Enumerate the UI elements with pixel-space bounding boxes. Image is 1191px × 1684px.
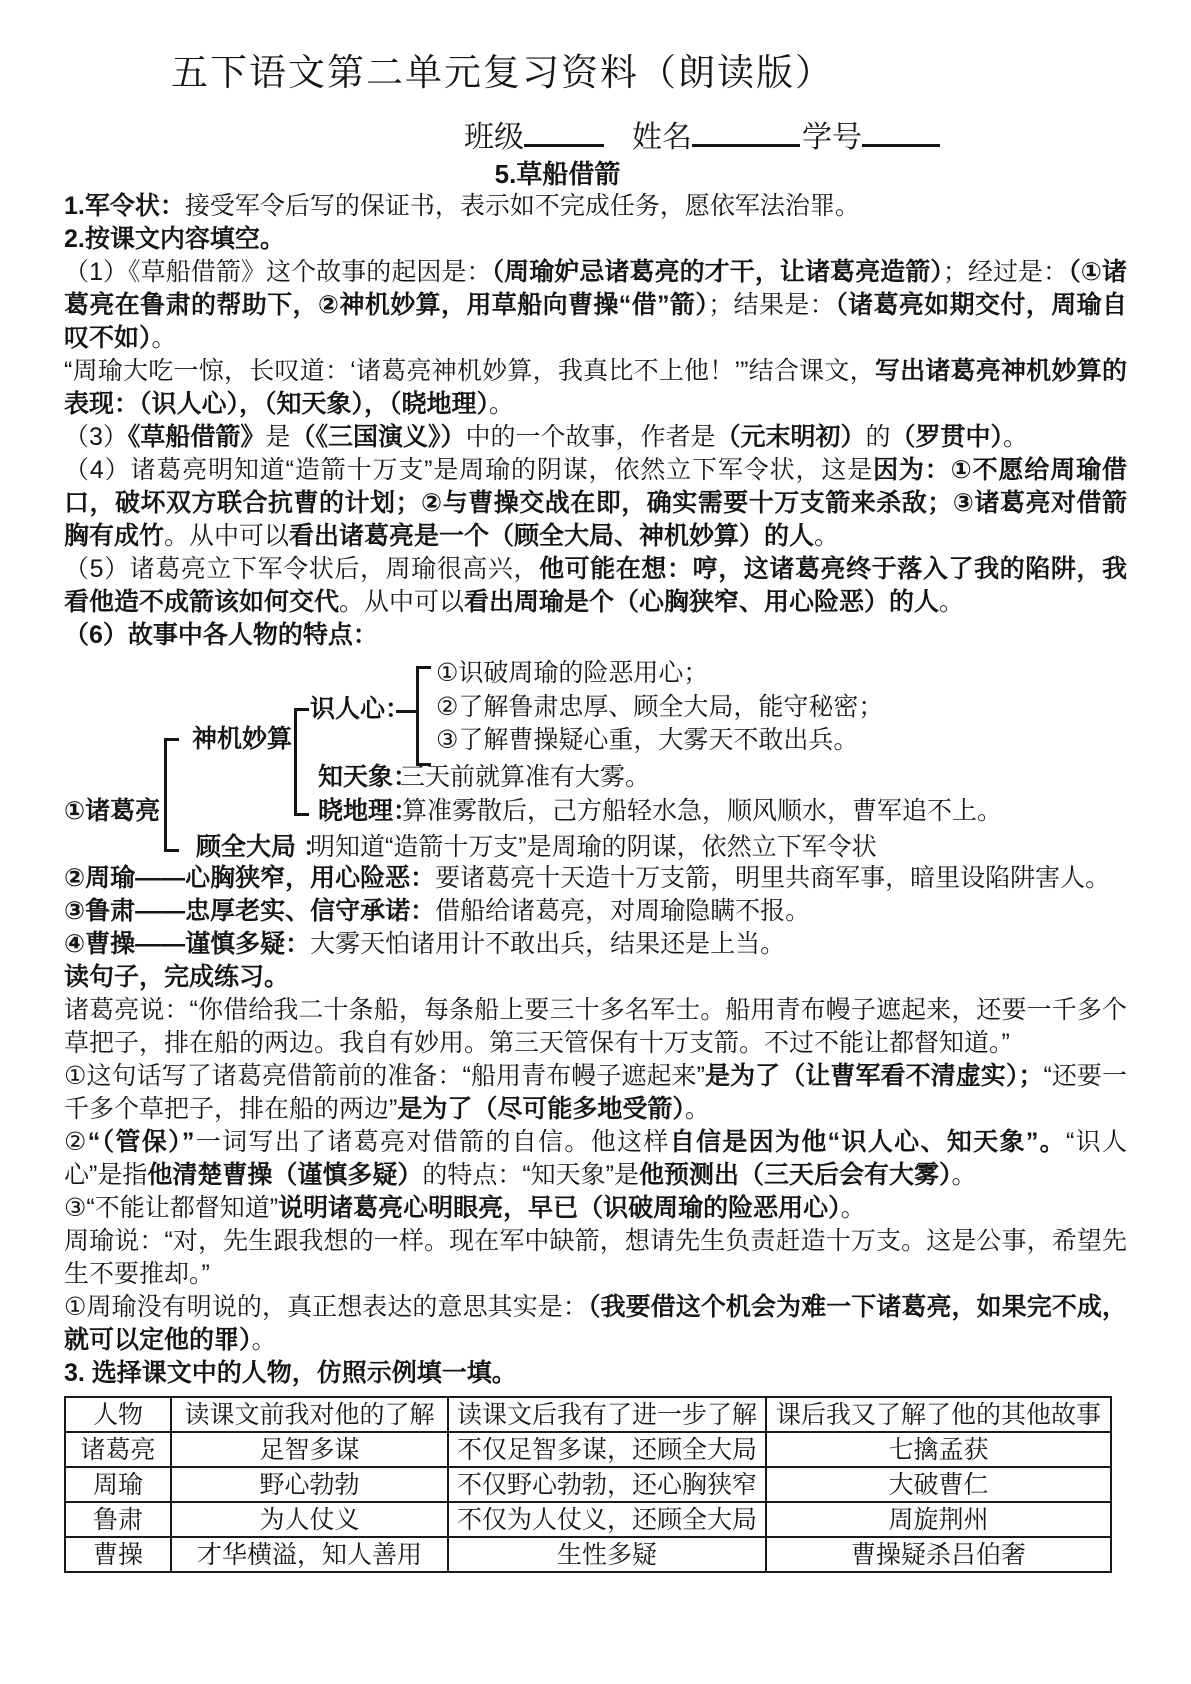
worksheet-page: 五下语文第二单元复习资料（朗读版） 班级姓名学号 5.草船借箭 1.军令状：接受… (0, 0, 1191, 1573)
table-cell: 诸葛亮 (65, 1432, 171, 1467)
character-traits-diagram: ①诸葛亮 神机妙算 识人心： ①识破周瑜的险恶用心； ②了解鲁肃忠厚、顾全大局，… (64, 652, 1127, 862)
text-run: ③“不能让都督知道” (64, 1194, 278, 1222)
answer-text: 2.按课文内容填空。 (64, 225, 285, 253)
table-cell: 周瑜 (65, 1467, 171, 1502)
text-run: 。 (814, 522, 839, 550)
text-run: ；经过是： (943, 258, 1068, 286)
know-people-connector (396, 710, 416, 713)
characters-table: 人物读课文前我对他的了解读课文后我有了进一步了解课后我又了解了他的其他故事诸葛亮… (64, 1396, 1112, 1573)
answer-text: 是为了（让曹军看不清虚实）； (705, 1062, 1044, 1090)
paragraph: ③鲁肃——忠厚老实、信守承诺：借船给诸葛亮，对周瑜隐瞒不报。 (64, 895, 1127, 928)
paragraph: 2.按课文内容填空。 (64, 223, 1127, 256)
paragraph: 诸葛亮说：“你借给我二十条船，每条船上要三十多名军士。船用青布幔子遮起来，还要一… (64, 994, 1127, 1060)
text-run: 。 (939, 588, 964, 616)
know-people-bracket (416, 666, 431, 766)
paragraph: “周瑜大吃一惊，长叹道：‘诸葛亮神机妙算，我真比不上他！’”结合课文，写出诸葛亮… (64, 355, 1127, 421)
table-cell: 足智多谋 (171, 1432, 448, 1467)
text-run: 一词写出了诸葛亮对借箭的自信。他这样 (194, 1128, 669, 1156)
answer-text: ④曹操——谨慎多疑： (64, 930, 310, 958)
text-run: ①这句话写了诸葛亮借箭前的准备：“船用青布幔子遮起来” (64, 1062, 705, 1090)
answer-text: ③鲁肃——忠厚老实、信守承诺： (64, 897, 435, 925)
answer-text: 是为了（尽可能多地受箭） (397, 1095, 685, 1123)
content-part1: 1.军令状：接受军令后写的保证书，表示如不完成任务，愿依军法治罪。2.按课文内容… (64, 190, 1127, 652)
text-run: 接受军令后写的保证书，表示如不完成任务，愿依军法治罪。 (185, 192, 860, 220)
answer-text: 读句子，完成练习。 (64, 963, 289, 991)
student-no-label: 学号 (802, 121, 862, 154)
answer-text: 他清楚曹操（谨慎多疑） (147, 1161, 422, 1189)
page-title: 五下语文第二单元复习资料（朗读版） (64, 50, 1127, 98)
text-run: 诸葛亮说：“你借给我二十条船，每条船上要三十多名军士。船用青布幔子遮起来，还要一… (64, 996, 1127, 1057)
smart-bracket (294, 708, 309, 816)
answer-text: 1.军令状： (64, 192, 185, 220)
big-picture-label: 顾全大局 ： (196, 834, 328, 860)
student-no-blank (862, 118, 940, 147)
paragraph: （3）《草船借箭》是（《三国演义》）中的一个故事，作者是（元末明初）的（罗贯中）… (64, 421, 1127, 454)
paragraph: 1.军令状：接受军令后写的保证书，表示如不完成任务，愿依军法治罪。 (64, 190, 1127, 223)
table-cell: 野心勃勃 (171, 1467, 448, 1502)
text-run: 。从中可以 (339, 588, 464, 616)
paragraph: 3. 选择课文中的人物，仿照示例填一填。 (64, 1357, 1127, 1390)
know-people-item: ②了解鲁肃忠厚、顾全大局，能守秘密； (436, 694, 883, 720)
table-cell: 才华横溢，知人善用 (171, 1537, 448, 1572)
answer-text: 自信是因为他“识人心、知天象”。 (670, 1128, 1066, 1156)
know-people-label: 识人心： (310, 696, 410, 722)
table-header-cell: 课后我又了解了他的其他故事 (766, 1397, 1111, 1432)
know-people-item: ③了解曹操疑心重，大雾天不敢出兵。 (436, 727, 858, 753)
table-cell: 不仅为人仗义，还顾全大局 (448, 1502, 766, 1537)
paragraph: ③“不能让都督知道”说明诸葛亮心明眼亮，早已（识破周瑜的险恶用心）。 (64, 1192, 1127, 1225)
paragraph: （5）诸葛亮立下军令状后，周瑜很高兴，他可能在想：哼，这诸葛亮终于落入了我的陷阱… (64, 553, 1127, 619)
text-run: 。 (685, 1095, 710, 1123)
text-run: ② (64, 1128, 88, 1156)
answer-text: 看出周瑜是个（心胸狭窄、用心险恶）的人 (464, 588, 939, 616)
table-cell: 鲁肃 (65, 1502, 171, 1537)
text-run: 。 (489, 390, 514, 418)
text-run: （5）诸葛亮立下军令状后，周瑜很高兴， (64, 555, 539, 583)
name-blank (692, 118, 800, 147)
answer-text: （6）故事中各人物的特点： (64, 621, 378, 649)
table-cell: 为人仗义 (171, 1502, 448, 1537)
know-sky-text: 三天前就算准有大雾。 (400, 764, 650, 790)
table-cell: 七擒孟获 (766, 1432, 1111, 1467)
paragraph: ①周瑜没有明说的，真正想表达的意思其实是：（我要借这个机会为难一下诸葛亮，如果完… (64, 1291, 1127, 1357)
text-run: 借船给诸葛亮，对周瑜隐瞒不报。 (435, 897, 810, 925)
paragraph: ②“（管保）”一词写出了诸葛亮对借箭的自信。他这样自信是因为他“识人心、知天象”… (64, 1126, 1127, 1192)
big-picture-text: 明知道“造箭十万支”是周瑜的阴谋，依然立下军令状 (310, 834, 877, 860)
text-run: （4）诸葛亮明知道“造箭十万支”是周瑜的阴谋，依然立下军令状，这是 (64, 456, 873, 484)
paragraph: （6）故事中各人物的特点： (64, 619, 1127, 652)
paragraph: 读句子，完成练习。 (64, 961, 1127, 994)
smart-label: 神机妙算 (192, 726, 292, 752)
answer-text: （《三国演义》） (290, 423, 465, 451)
table-cell: 曹操疑杀吕伯奢 (766, 1537, 1111, 1572)
name-label: 姓名 (632, 121, 692, 154)
answer-text: ②周瑜——心胸狭窄，用心险恶： (64, 864, 435, 892)
answer-text: 《草船借箭》 (128, 423, 266, 451)
table-cell: 大破曹仁 (766, 1467, 1111, 1502)
table-header-row: 人物读课文前我对他的了解读课文后我有了进一步了解课后我又了解了他的其他故事 (65, 1397, 1111, 1432)
know-geo-text: 算准雾散后，己方船轻水急，顺风顺水，曹军追不上。 (402, 798, 1002, 824)
student-info-line: 班级姓名学号 (464, 118, 1127, 158)
table-header-cell: 读课文后我有了进一步了解 (448, 1397, 766, 1432)
answer-text: （罗贯中） (891, 423, 1004, 451)
answer-text: “（管保）” (88, 1128, 195, 1156)
paragraph: ②周瑜——心胸狭窄，用心险恶：要诸葛亮十天造十万支箭，明里共商军事，暗里设陷阱害… (64, 862, 1127, 895)
text-run: ；结果是： (708, 291, 835, 319)
paragraph: ④曹操——谨慎多疑：大雾天怕诸用计不敢出兵，结果还是上当。 (64, 928, 1127, 961)
paragraph: （1）《草船借箭》这个故事的起因是：（周瑜妒忌诸葛亮的才干，让诸葛亮造箭）；经过… (64, 256, 1127, 355)
text-run: 。 (1003, 423, 1028, 451)
text-run: 的 (865, 423, 890, 451)
text-run: “周瑜大吃一惊，长叹道：‘诸葛亮神机妙算，我真比不上他！’”结合课文， (64, 357, 875, 385)
text-run: 的特点：“知天象”是 (422, 1161, 639, 1189)
text-run: 大雾天怕诸用计不敢出兵，结果还是上当。 (310, 930, 785, 958)
answer-text: 3. 选择课文中的人物，仿照示例填一填。 (64, 1359, 517, 1387)
table-header-cell: 读课文前我对他的了解 (171, 1397, 448, 1432)
text-run: 。 (252, 1326, 277, 1354)
table-row: 周瑜野心勃勃不仅野心勃勃，还心胸狭窄大破曹仁 (65, 1467, 1111, 1502)
zhuge-label: ①诸葛亮 (64, 798, 160, 824)
paragraph: （4）诸葛亮明知道“造箭十万支”是周瑜的阴谋，依然立下军令状，这是因为：①不愿给… (64, 454, 1127, 553)
zhuge-bracket (164, 738, 179, 852)
table-cell: 不仅野心勃勃，还心胸狭窄 (448, 1467, 766, 1502)
table-cell: 曹操 (65, 1537, 171, 1572)
paragraph: ①这句话写了诸葛亮借箭前的准备：“船用青布幔子遮起来”是为了（让曹军看不清虚实）… (64, 1060, 1127, 1126)
answer-text: 看出诸葛亮是一个（顾全大局、神机妙算）的人 (289, 522, 814, 550)
table-row: 曹操才华横溢，知人善用生性多疑曹操疑杀吕伯奢 (65, 1537, 1111, 1572)
text-run: 。从中可以 (164, 522, 289, 550)
text-run: 要诸葛亮十天造十万支箭，明里共商军事，暗里设陷阱害人。 (435, 864, 1110, 892)
text-run: 。 (152, 324, 177, 352)
content-part2: ②周瑜——心胸狭窄，用心险恶：要诸葛亮十天造十万支箭，明里共商军事，暗里设陷阱害… (64, 862, 1127, 1390)
table-cell: 生性多疑 (448, 1537, 766, 1572)
text-run: 是 (265, 423, 290, 451)
know-people-item: ①识破周瑜的险恶用心； (436, 660, 708, 686)
lesson-title: 5.草船借箭 (64, 158, 1127, 190)
table-header-cell: 人物 (65, 1397, 171, 1432)
text-run: 。 (841, 1194, 866, 1222)
table-cell: 不仅足智多谋，还顾全大局 (448, 1432, 766, 1467)
table-row: 鲁肃为人仗义不仅为人仗义，还顾全大局周旋荆州 (65, 1502, 1111, 1537)
class-blank (524, 118, 604, 147)
text-run: （3） (64, 423, 128, 451)
answer-text: （周瑜妒忌诸葛亮的才干，让诸葛亮造箭） (492, 258, 943, 286)
table-cell: 周旋荆州 (766, 1502, 1111, 1537)
paragraph: 周瑜说：“对，先生跟我想的一样。现在军中缺箭，想请先生负责赶造十万支。这是公事，… (64, 1225, 1127, 1291)
answer-text: 他预测出（三天后会有大雾） (639, 1161, 952, 1189)
text-run: 周瑜说：“对，先生跟我想的一样。现在军中缺箭，想请先生负责赶造十万支。这是公事，… (64, 1227, 1127, 1288)
text-run: （1）《草船借箭》这个故事的起因是： (64, 258, 492, 286)
text-run: 中的一个故事，作者是 (465, 423, 715, 451)
table-row: 诸葛亮足智多谋不仅足智多谋，还顾全大局七擒孟获 (65, 1432, 1111, 1467)
answer-text: （元末明初） (715, 423, 865, 451)
text-run: ①周瑜没有明说的，真正想表达的意思其实是： (64, 1293, 588, 1321)
text-run: 。 (952, 1161, 977, 1189)
class-label: 班级 (464, 121, 524, 154)
answer-text: 说明诸葛亮心明眼亮，早已（识破周瑜的险恶用心） (278, 1194, 841, 1222)
